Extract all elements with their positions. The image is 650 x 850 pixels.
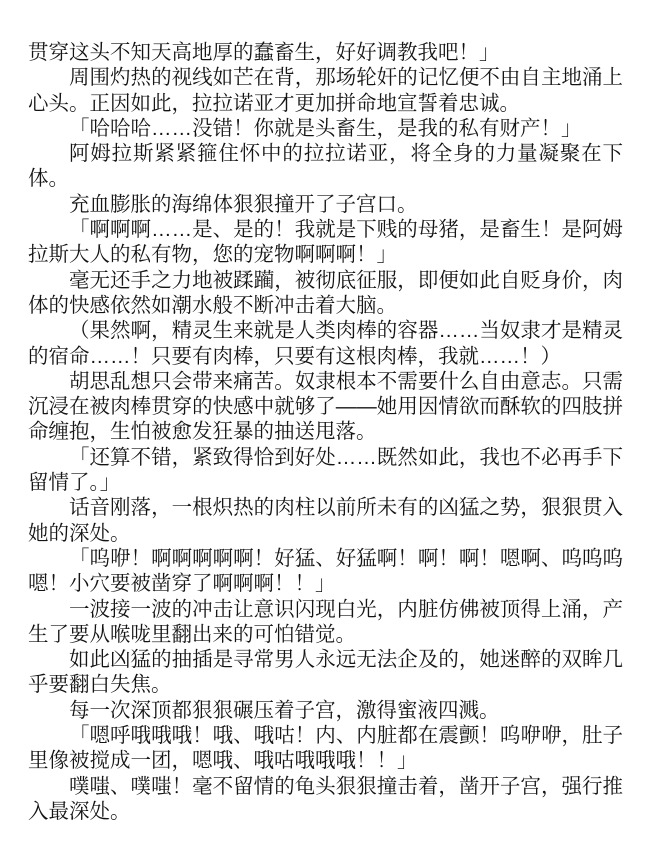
paragraph: 「嗯呼哦哦哦！哦、哦咕！内、内脏都在震颤！呜咿咿，肚子里像被搅成一团，嗯哦、哦咕… bbox=[28, 723, 623, 774]
paragraph: 每一次深顶都狠狠碾压着子宫，激得蜜液四溅。 bbox=[28, 698, 623, 723]
paragraph: （果然啊，精灵生来就是人类肉棒的容器……当奴隶才是精灵的宿命……！只要有肉棒，只… bbox=[28, 318, 623, 369]
paragraph: 「还算不错，紧致得恰到好处……既然如此，我也不必再手下留情了。」 bbox=[28, 445, 623, 496]
paragraph: 「哈哈哈……没错！你就是头畜生，是我的私有财产！」 bbox=[28, 116, 623, 141]
paragraph: 一波接一波的冲击让意识闪现白光，内脏仿佛被顶得上涌，产生了要从喉咙里翻出来的可怕… bbox=[28, 597, 623, 648]
paragraph: 胡思乱想只会带来痛苦。奴隶根本不需要什么自由意志。只需沉浸在被肉棒贯穿的快感中就… bbox=[28, 369, 623, 445]
page-text: 贯穿这头不知天高地厚的蠢畜生，好好调教我吧！」周围灼热的视线如芒在背，那场轮奸的… bbox=[28, 40, 623, 824]
paragraph: 充血膨胀的海绵体狠狠撞开了子宫口。 bbox=[28, 192, 623, 217]
document-page: 贯穿这头不知天高地厚的蠢畜生，好好调教我吧！」周围灼热的视线如芒在背，那场轮奸的… bbox=[0, 0, 650, 850]
paragraph: 周围灼热的视线如芒在背，那场轮奸的记忆便不由自主地涌上心头。正因如此，拉拉诺亚才… bbox=[28, 65, 623, 116]
paragraph: 毫无还手之力地被蹂躏，被彻底征服，即便如此自贬身价，肉体的快感依然如潮水般不断冲… bbox=[28, 268, 623, 319]
paragraph: 「呜咿！啊啊啊啊啊！好猛、好猛啊！啊！啊！嗯啊、呜呜呜嗯！小穴要被凿穿了啊啊啊！… bbox=[28, 546, 623, 597]
paragraph: 话音刚落，一根炽热的肉柱以前所未有的凶猛之势，狠狠贯入她的深处。 bbox=[28, 495, 623, 546]
paragraph: 噗嗤、噗嗤！毫不留情的龟头狠狠撞击着，凿开子宫，强行推入最深处。 bbox=[28, 774, 623, 825]
paragraph: 「啊啊啊……是、是的！我就是下贱的母猪，是畜生！是阿姆拉斯大人的私有物，您的宠物… bbox=[28, 217, 623, 268]
paragraph: 贯穿这头不知天高地厚的蠢畜生，好好调教我吧！」 bbox=[28, 40, 623, 65]
paragraph: 如此凶猛的抽插是寻常男人永远无法企及的，她迷醉的双眸几乎要翻白失焦。 bbox=[28, 647, 623, 698]
paragraph: 阿姆拉斯紧紧箍住怀中的拉拉诺亚，将全身的力量凝聚在下体。 bbox=[28, 141, 623, 192]
